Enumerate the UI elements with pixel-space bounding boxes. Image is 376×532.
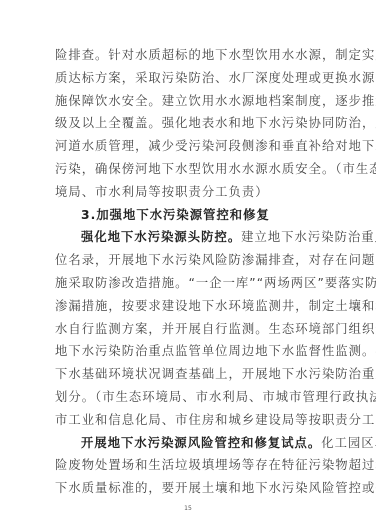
text-line: 下水质量标准的，要开展土壤和地下水污染风险管控或修复 [55, 477, 323, 500]
text-line: 水自行监测方案，并开展自行监测。生态环境部门组织开展 [55, 318, 323, 341]
text-line: 险排查。针对水质超标的地下水型饮用水水源，制定实施水 [55, 44, 323, 67]
paragraph-text: 建立地下水污染防治重点单 [241, 230, 376, 244]
page-number: 15 [0, 505, 376, 512]
document-page: 险排查。针对水质超标的地下水型饮用水水源，制定实施水 质达标方案，采取污染防治、… [0, 0, 376, 532]
text-line: 位名录，开展地下水污染风险防渗漏排查，对存在问题的设 [55, 249, 323, 272]
text-line: 施采取防渗改造措施。“一企一库”“两场两区”要落实防 [55, 272, 323, 295]
text-line: 地下水污染防治重点监管单位周边地下水监督性监测。在地 [55, 340, 323, 363]
text-line: 河道水质管理，减少受污染河段侧渗和垂直补给对地下水的 [55, 135, 323, 158]
text-line: 市工业和信息化局、市住房和城乡建设局等按职责分工负责） [55, 409, 323, 432]
paragraph-first-line: 强化地下水污染源头防控。建立地下水污染防治重点单 [55, 226, 323, 249]
text-line: 污染，确保傍河地下水型饮用水水源水质安全。（市生态环 [55, 158, 323, 181]
text-line: 险废物处置场和生活垃圾填埋场等存在特征污染物超过地 [55, 454, 323, 477]
paragraph-text: 化工园区、危 [321, 436, 376, 450]
text-line: 施保障饮水安全。建立饮用水水源地档案制度，逐步推进县 [55, 90, 323, 113]
paragraph-lead: 开展地下水污染源风险管控和修复试点。 [81, 436, 321, 450]
text-line: 渗漏措施，按要求建设地下水环境监测井，制定土壤和地下 [55, 295, 323, 318]
paragraph-first-line: 开展地下水污染源风险管控和修复试点。化工园区、危 [55, 432, 323, 455]
text-line: 下水基础环境状况调查基础上，开展地下水污染防治重点区 [55, 363, 323, 386]
text-line: 质达标方案，采取污染防治、水厂深度处理或更换水源等措 [55, 67, 323, 90]
section-heading: 3.加强地下水污染源管控和修复 [55, 204, 323, 227]
text-line: 境局、市水利局等按职责分工负责） [55, 181, 323, 204]
text-line: 划分。（市生态环境局、市水利局、市城市管理行政执法局、 [55, 386, 323, 409]
paragraph-lead: 强化地下水污染源头防控。 [81, 230, 241, 244]
text-line: 级及以上全覆盖。强化地表水和地下水污染协同防治，加强 [55, 112, 323, 135]
document-body: 险排查。针对水质超标的地下水型饮用水水源，制定实施水 质达标方案，采取污染防治、… [55, 44, 323, 500]
